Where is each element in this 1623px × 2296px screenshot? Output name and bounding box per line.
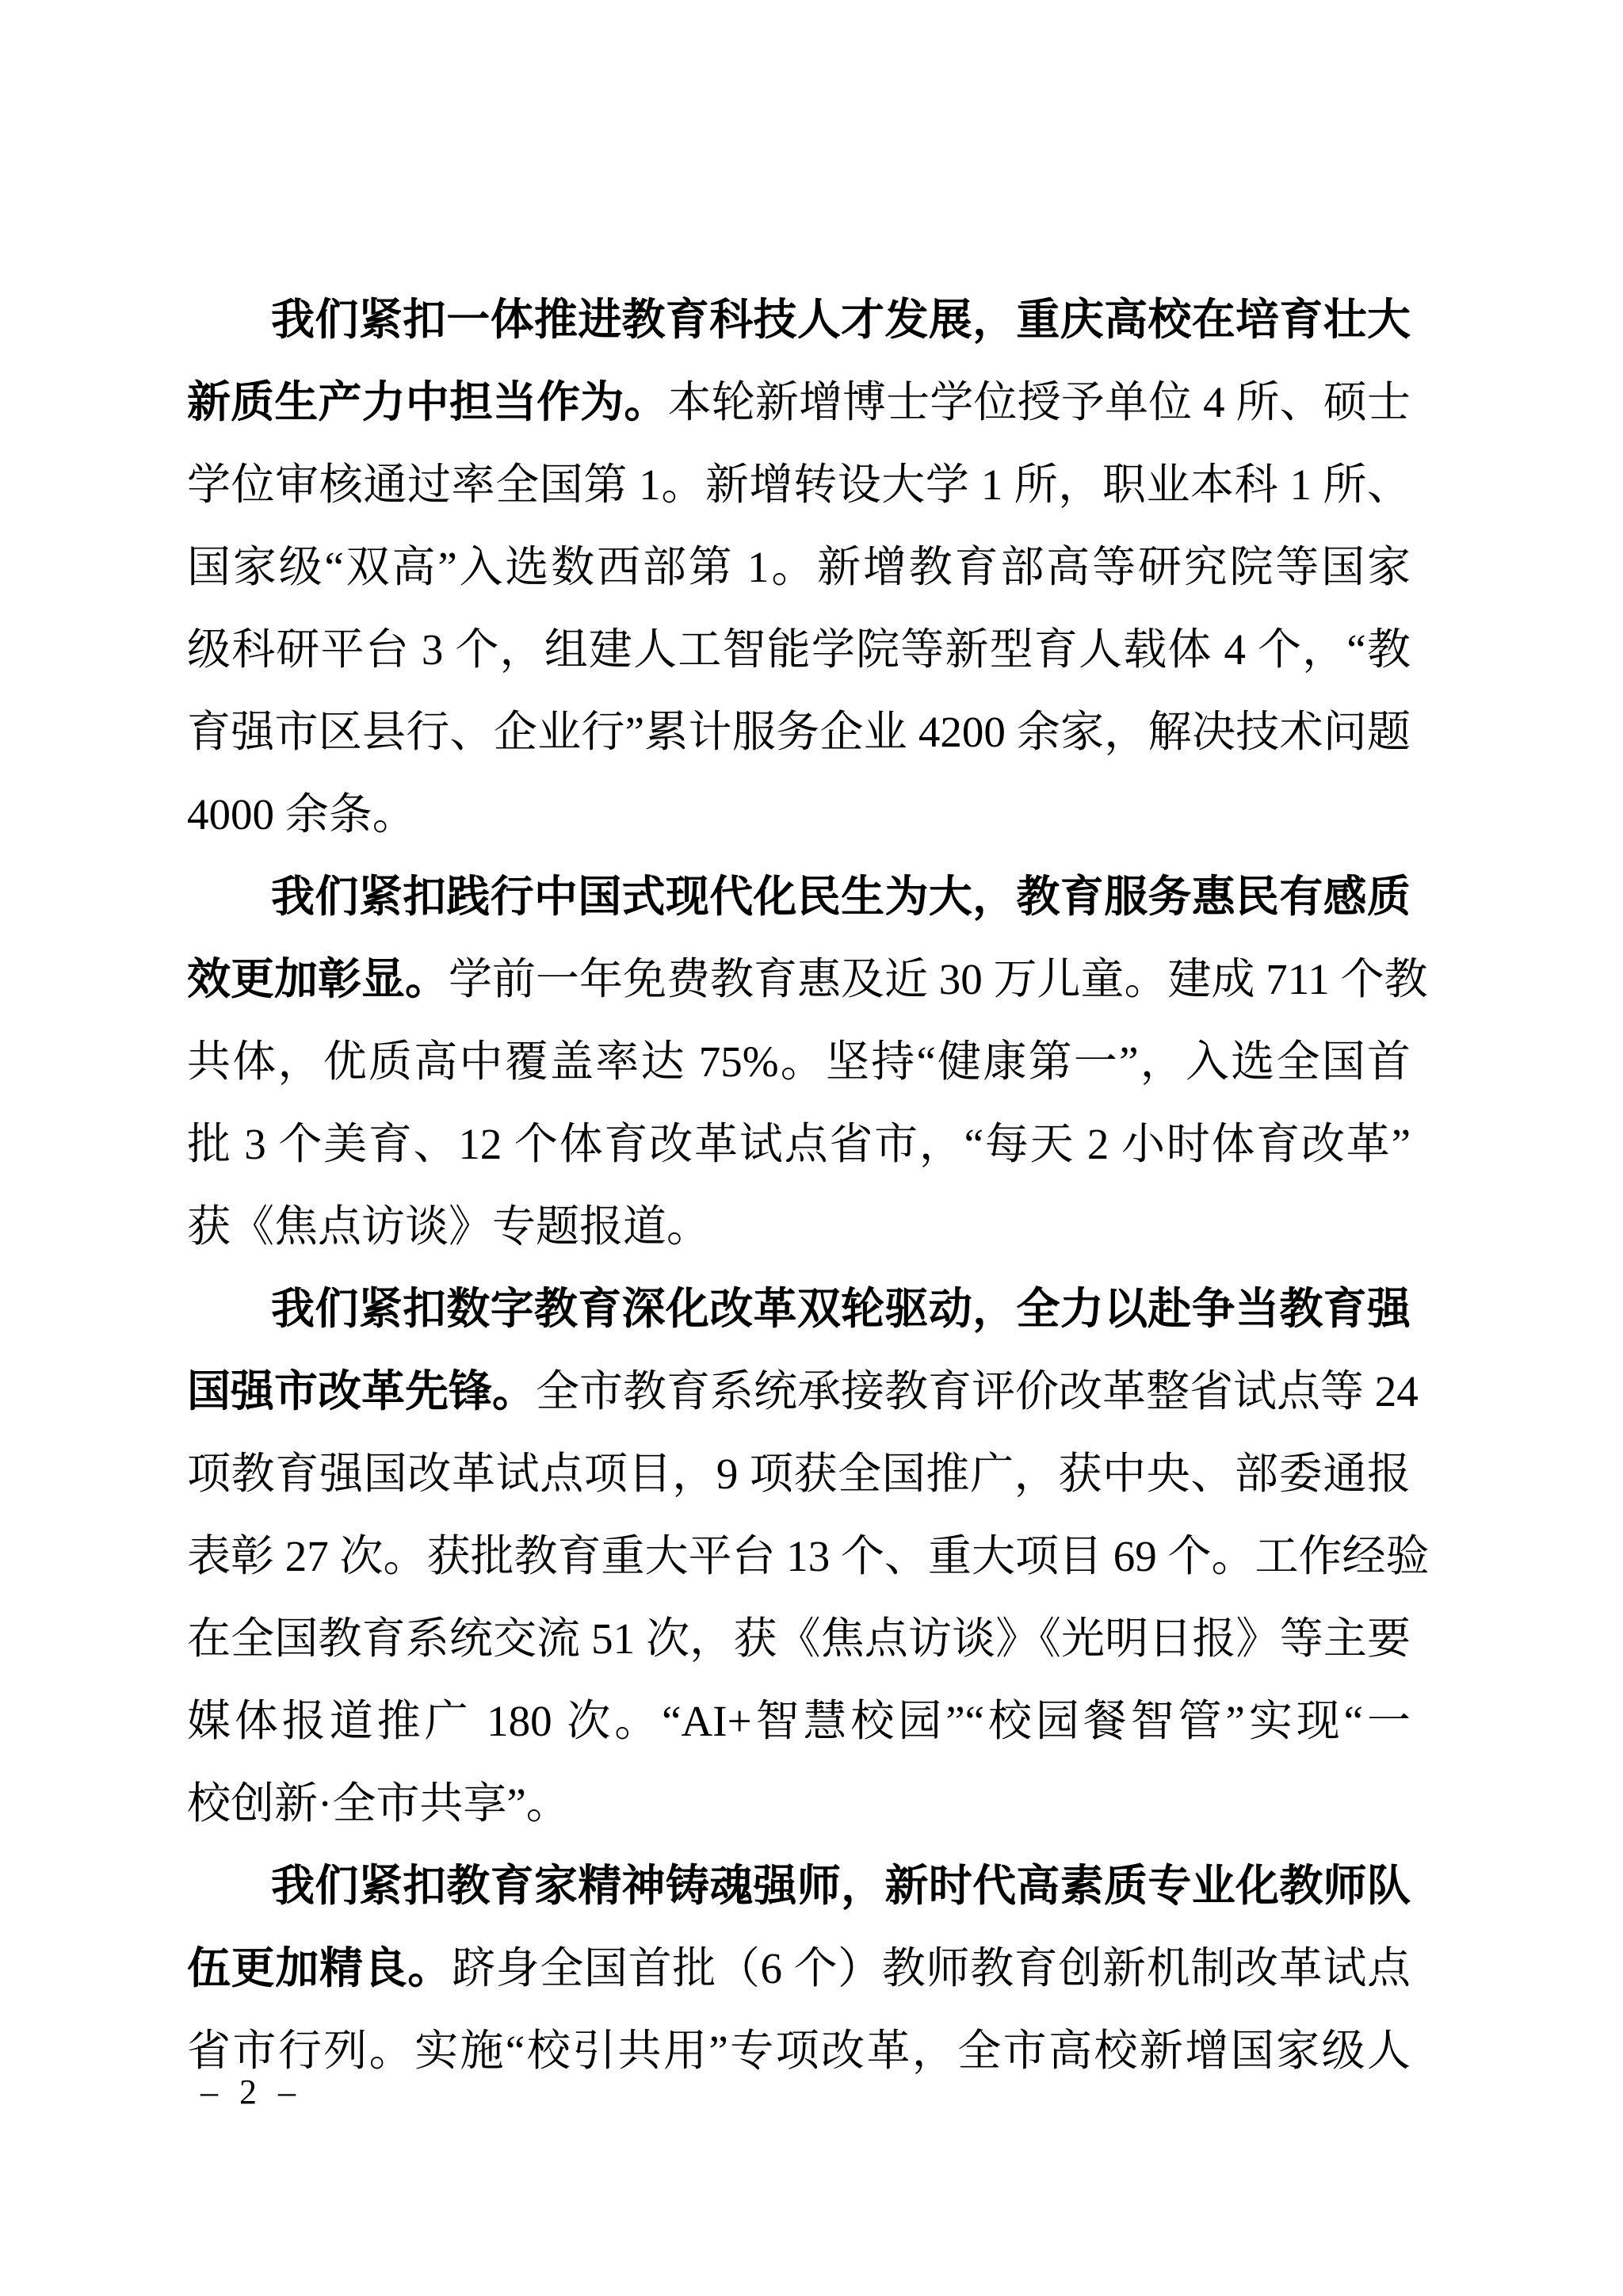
regular-text-segment: 表彰 27 次。获批教育重大平台 13 个、重大项目 69 个。工作经验 (187, 1532, 1430, 1580)
bold-text-segment: 新质生产力中担当作为。 (187, 378, 668, 426)
text-line: 效更加彰显。学前一年免费教育惠及近 30 万儿童。建成 711 个教 (187, 938, 1411, 1021)
text-line: 国家级“双高”入选数西部第 1。新增教育部高等研究院等国家 (187, 526, 1411, 609)
regular-text-segment: 学位审核通过率全国第 1。新增转设大学 1 所，职业本科 1 所、 (187, 460, 1411, 509)
bold-text-segment: 国强市改革先锋。 (187, 1367, 536, 1415)
regular-text-segment: 育强市区县行、企业行”累计服务企业 4200 余家，解决技术问题 (187, 708, 1411, 756)
regular-text-segment: 校创新·全市共享”。 (187, 1779, 570, 1828)
regular-text-segment: 项教育强国改革试点项目，9 项获全国推广，获中央、部委通报 (187, 1450, 1411, 1498)
text-line: 获《焦点访谈》专题报道。 (187, 1186, 1411, 1268)
regular-text-segment: 4000 余条。 (187, 790, 416, 839)
text-line: 表彰 27 次。获批教育重大平台 13 个、重大项目 69 个。工作经验 (187, 1515, 1411, 1598)
text-line: 项教育强国改革试点项目，9 项获全国推广，获中央、部委通报 (187, 1433, 1411, 1515)
regular-text-segment: 获《焦点访谈》专题报道。 (187, 1202, 710, 1251)
text-line: 我们紧扣教育家精神铸魂强师，新时代高素质专业化教师队 (187, 1845, 1411, 1927)
document-page: 我们紧扣一体推进教育科技人才发展，重庆高校在培育壮大 新质生产力中担当作为。本轮… (0, 0, 1623, 2296)
text-line: 国强市改革先锋。全市教育系统承接教育评价改革整省试点等 24 (187, 1350, 1411, 1433)
text-line: 学位审核通过率全国第 1。新增转设大学 1 所，职业本科 1 所、 (187, 444, 1411, 526)
regular-text-segment: 共体，优质高中覆盖率达 75%。坚持“健康第一”，入选全国首 (187, 1037, 1411, 1086)
document-body: 我们紧扣一体推进教育科技人才发展，重庆高校在培育壮大 新质生产力中担当作为。本轮… (187, 279, 1411, 2092)
regular-text-segment: 省市行列。实施“校引共用”专项改革，全市高校新增国家级人 (187, 2027, 1411, 2075)
bold-text-segment: 效更加彰显。 (187, 955, 449, 1003)
text-line: 级科研平台 3 个，组建人工智能学院等新型育人载体 4 个，“教 (187, 609, 1411, 691)
regular-text-segment: 媒体报道推广 180 次。“AI+智慧校园”“校园餐智管”实现“一 (187, 1697, 1411, 1745)
regular-text-segment: 批 3 个美育、12 个体育改革试点省市，“每天 2 小时体育改革” (187, 1120, 1411, 1168)
text-line: 省市行列。实施“校引共用”专项改革，全市高校新增国家级人 (187, 2010, 1411, 2092)
regular-text-segment: 跻身全国首批（6 个）教师教育创新机制改革试点 (452, 1944, 1411, 1992)
text-line: 新质生产力中担当作为。本轮新增博士学位授予单位 4 所、硕士 (187, 361, 1411, 444)
text-line: 批 3 个美育、12 个体育改革试点省市，“每天 2 小时体育改革” (187, 1103, 1411, 1186)
text-line: 媒体报道推广 180 次。“AI+智慧校园”“校园餐智管”实现“一 (187, 1680, 1411, 1763)
text-line: 伍更加精良。跻身全国首批（6 个）教师教育创新机制改革试点 (187, 1927, 1411, 2010)
text-line: 育强市区县行、企业行”累计服务企业 4200 余家，解决技术问题 (187, 691, 1411, 774)
bold-text-segment: 我们紧扣践行中国式现代化民生为大，教育服务惠民有感质 (271, 873, 1411, 921)
regular-text-segment: 学前一年免费教育惠及近 30 万儿童。建成 711 个教 (449, 955, 1427, 1003)
regular-text-segment: 国家级“双高”入选数西部第 1。新增教育部高等研究院等国家 (187, 543, 1411, 591)
regular-text-segment: 全市教育系统承接教育评价改革整省试点等 24 (536, 1367, 1419, 1415)
page-number: – 2 – (200, 2070, 302, 2115)
text-line: 我们紧扣数字教育深化改革双轮驱动，全力以赴争当教育强 (187, 1268, 1411, 1350)
bold-text-segment: 我们紧扣一体推进教育科技人才发展，重庆高校在培育壮大 (271, 296, 1411, 344)
regular-text-segment: 级科研平台 3 个，组建人工智能学院等新型育人载体 4 个，“教 (187, 625, 1411, 674)
regular-text-segment: 在全国教育系统交流 51 次，获《焦点访谈》《光明日报》等主要 (187, 1614, 1411, 1663)
text-line: 校创新·全市共享”。 (187, 1763, 1411, 1845)
bold-text-segment: 伍更加精良。 (187, 1944, 452, 1992)
bold-text-segment: 我们紧扣教育家精神铸魂强师，新时代高素质专业化教师队 (271, 1862, 1411, 1910)
regular-text-segment: 本轮新增博士学位授予单位 4 所、硕士 (668, 378, 1411, 426)
text-line: 我们紧扣一体推进教育科技人才发展，重庆高校在培育壮大 (187, 279, 1411, 361)
bold-text-segment: 我们紧扣数字教育深化改革双轮驱动，全力以赴争当教育强 (271, 1285, 1411, 1333)
text-line: 4000 余条。 (187, 774, 1411, 856)
text-line: 共体，优质高中覆盖率达 75%。坚持“健康第一”，入选全国首 (187, 1021, 1411, 1103)
text-line: 我们紧扣践行中国式现代化民生为大，教育服务惠民有感质 (187, 856, 1411, 938)
text-line: 在全国教育系统交流 51 次，获《焦点访谈》《光明日报》等主要 (187, 1598, 1411, 1680)
